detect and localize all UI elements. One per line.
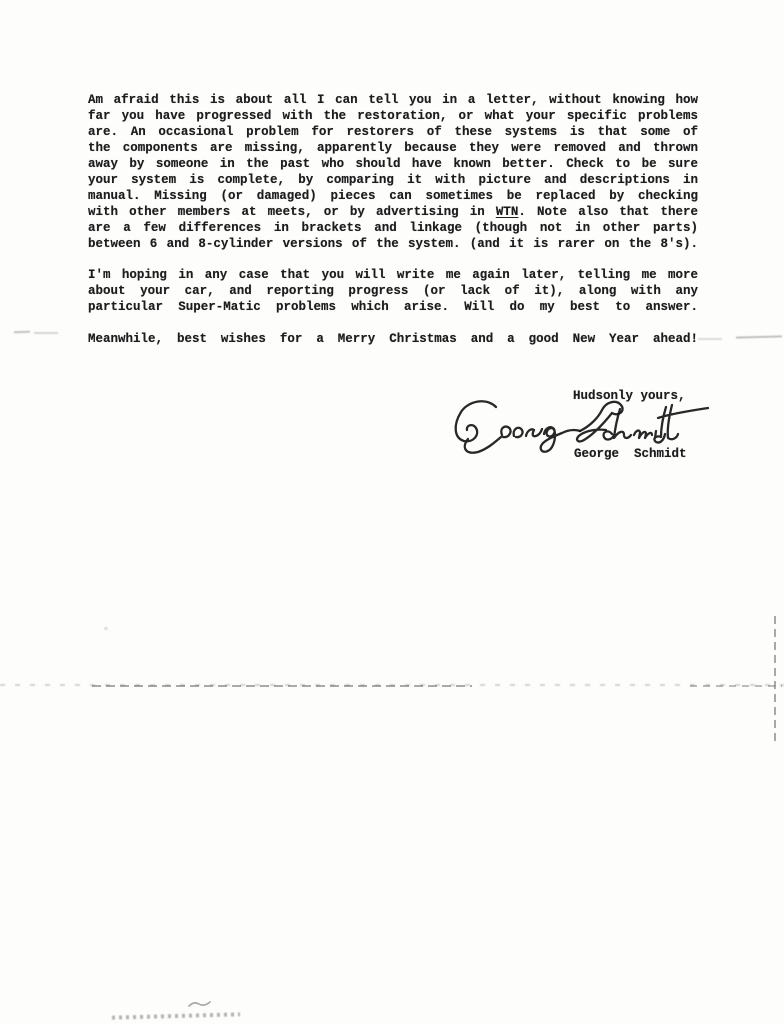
horizontal-fold-crease-dark-segment bbox=[92, 685, 472, 687]
horizontal-fold-crease-right-segment bbox=[690, 685, 782, 687]
letter-line: your system is complete, by comparing it… bbox=[88, 172, 698, 188]
letter-line: manual. Missing (or damaged) pieces can … bbox=[88, 188, 698, 204]
scanned-letter-page: Am afraid this is about all I can tell y… bbox=[0, 0, 784, 1024]
letter-line: I'm hoping in any case that you will wri… bbox=[88, 267, 698, 283]
typed-signature-name: George Schmidt bbox=[574, 446, 687, 462]
bottom-left-smudge-squiggle bbox=[188, 1000, 212, 1010]
letter-line: about your car, and reporting progress (… bbox=[88, 283, 698, 299]
letter-line: Am afraid this is about all I can tell y… bbox=[88, 92, 698, 108]
letter-line: between 6 and 8-cylinder versions of the… bbox=[88, 236, 698, 252]
pencil-dash-left-margin bbox=[14, 331, 30, 334]
signature-stroke-george-lowercase bbox=[501, 427, 580, 452]
pencil-dash-right-margin bbox=[698, 338, 722, 340]
paper-speck bbox=[104, 627, 108, 630]
pencil-dash-left-margin bbox=[34, 332, 58, 334]
letter-line: are. An occasional problem for restorers… bbox=[88, 124, 698, 140]
line-text-before: with other members at meets, or by adver… bbox=[88, 205, 496, 219]
bottom-left-smudge-streak bbox=[112, 1012, 240, 1019]
pencil-dash-right-margin bbox=[736, 335, 782, 338]
letter-line: are a few differences in brackets and li… bbox=[88, 220, 698, 236]
vertical-fold-crease bbox=[774, 616, 776, 746]
letter-paragraph-3: Meanwhile, best wishes for a Merry Chris… bbox=[88, 331, 698, 347]
letter-line-with-underline: with other members at meets, or by adver… bbox=[88, 204, 698, 220]
letter-paragraph-2: I'm hoping in any case that you will wri… bbox=[88, 267, 698, 315]
wtn-underlined-abbreviation: WTN bbox=[496, 205, 519, 219]
letter-paragraph-1: Am afraid this is about all I can tell y… bbox=[88, 92, 698, 252]
signature-stroke-schmidt-lowercase bbox=[604, 405, 708, 443]
line-text-after: . Note also that there bbox=[518, 205, 698, 219]
signature-stroke-george-capital bbox=[456, 401, 501, 452]
letter-line: the components are missing, apparently b… bbox=[88, 140, 698, 156]
letter-line: particular Super-Matic problems which ar… bbox=[88, 299, 698, 315]
letter-line: away by someone in the past who should h… bbox=[88, 156, 698, 172]
letter-line: Meanwhile, best wishes for a Merry Chris… bbox=[88, 331, 698, 347]
letter-line: far you have progressed with the restora… bbox=[88, 108, 698, 124]
